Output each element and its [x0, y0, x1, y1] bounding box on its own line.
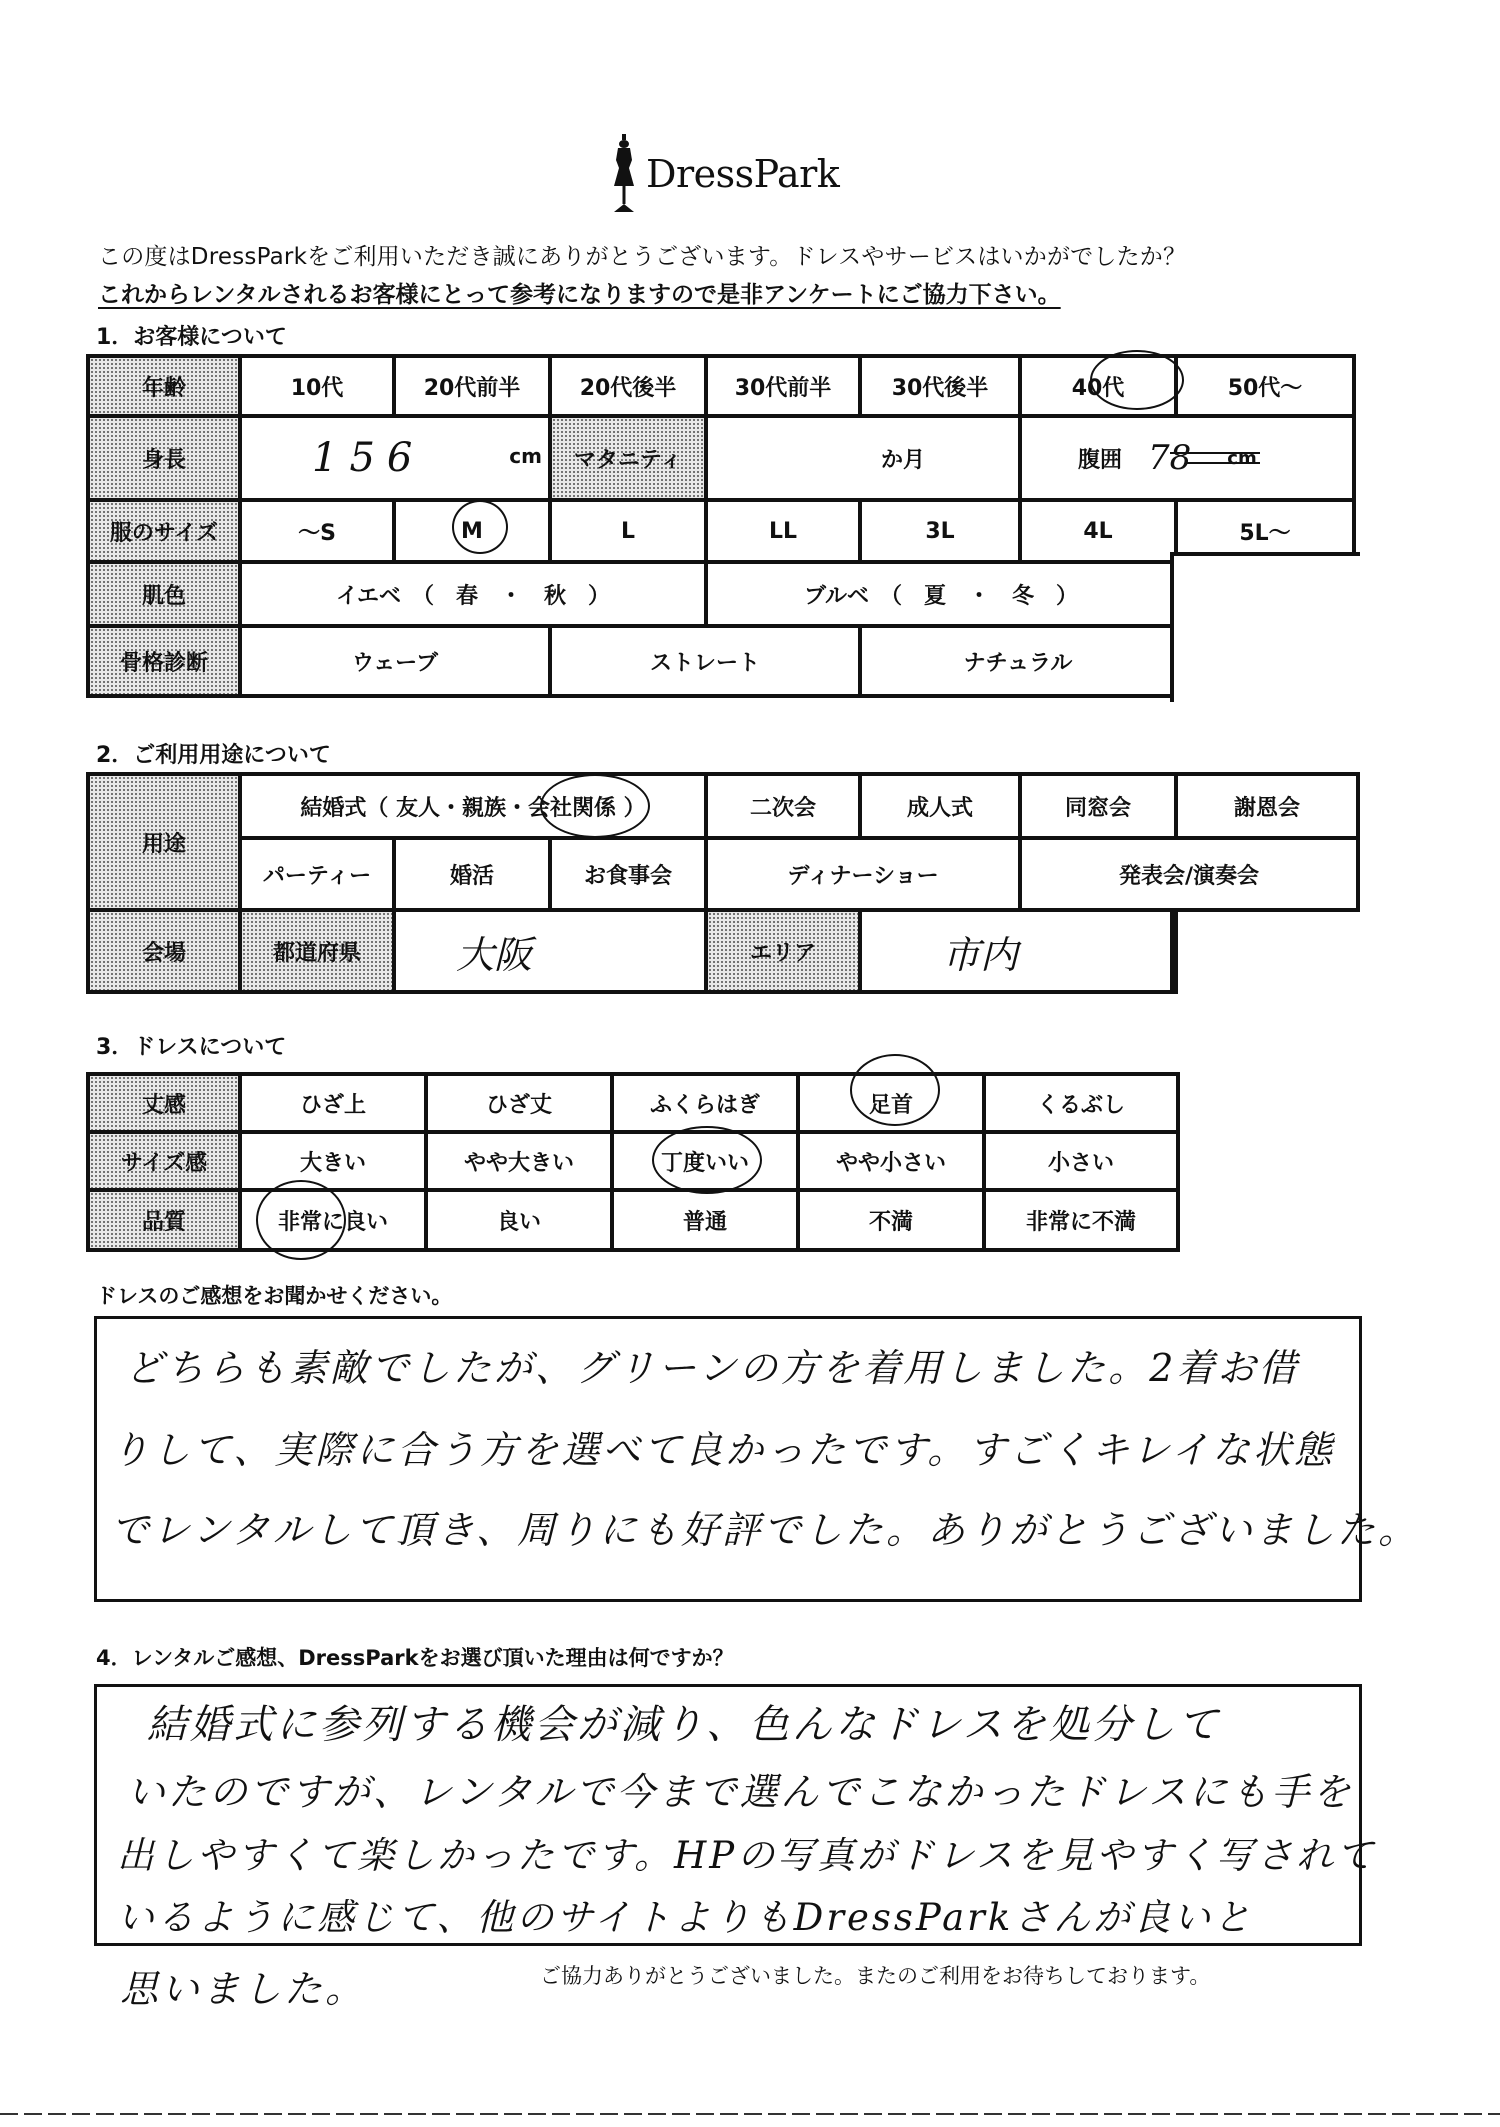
age-option-50s-plus[interactable]: 50代～	[1178, 358, 1352, 414]
waist-unit: cm	[1227, 448, 1256, 469]
maternity-label: マタニティ	[552, 418, 704, 498]
venue-label: 会場	[90, 912, 238, 990]
length-option-anklebone[interactable]: くるぶし	[986, 1076, 1176, 1130]
mannequin-icon	[610, 134, 638, 214]
usage-option-thank-you-party[interactable]: 謝恩会	[1178, 776, 1356, 836]
area-label: エリア	[708, 912, 858, 990]
waist-value: 78	[1148, 438, 1191, 478]
footer-thanks: ご協力ありがとうございました。またのご利用をお待ちしております。	[540, 1960, 1210, 1990]
quality-option-dissatisfied[interactable]: 不満	[800, 1192, 982, 1248]
length-option-ankle[interactable]: 足首	[800, 1076, 982, 1130]
frame-option-wave[interactable]: ウェーブ	[242, 628, 548, 694]
fit-option-large[interactable]: 大きい	[242, 1134, 424, 1188]
usage-option-dinner-show[interactable]: ディナーショー	[708, 840, 1018, 908]
fit-option-slightly-small[interactable]: やや小さい	[800, 1134, 982, 1188]
usage-option-after-party[interactable]: 二次会	[708, 776, 858, 836]
usage-option-party[interactable]: パーティー	[242, 840, 392, 908]
usage-option-recital[interactable]: 発表会/演奏会	[1022, 840, 1356, 908]
frame-option-straight[interactable]: ストレート	[552, 628, 858, 694]
intro-request: これからレンタルされるお客様にとって参考になりますので是非アンケートにご協力下さ…	[98, 276, 1061, 309]
size-label: 服のサイズ	[90, 502, 238, 560]
answer-line-2: いたのですが、レンタルで今まで選んでこなかったドレスにも手を	[127, 1761, 1353, 1816]
height-unit: cm	[509, 444, 542, 468]
table-edge-mask	[1174, 556, 1364, 702]
skin-tone-label: 肌色	[90, 564, 238, 624]
section2-title: 2．ご利用用途について	[96, 738, 331, 769]
comment-line-1: どちらも素敵でしたが、グリーンの方を着用しました。2着お借	[125, 1337, 1299, 1392]
quality-option-good[interactable]: 良い	[428, 1192, 610, 1248]
age-option-early30s[interactable]: 30代前半	[708, 358, 858, 414]
fit-label: サイズ感	[90, 1134, 238, 1188]
height-label: 身長	[90, 418, 238, 498]
size-option-3l[interactable]: 3L	[862, 502, 1018, 560]
usage-table: 用途 結婚式（ 友人・親族・会社関係 ） 二次会 成人式 同窓会 謝恩会 パーテ…	[86, 772, 1360, 994]
length-option-calf[interactable]: ふくらはぎ	[614, 1076, 796, 1130]
maternity-unit: か月	[881, 443, 925, 474]
table-step-border	[1170, 552, 1360, 556]
waist-field[interactable]: 腹囲 78 cm	[1022, 418, 1352, 498]
waist-strikethrough-2	[1186, 462, 1260, 464]
intro-text: この度はDressParkをご利用いただき誠にありがとうございます。ドレスやサー…	[98, 238, 1186, 271]
waist-label: 腹囲	[1078, 443, 1122, 474]
brand-name: DressPark	[646, 152, 839, 196]
size-option-m[interactable]: M	[396, 502, 548, 560]
age-label: 年齢	[90, 358, 238, 414]
comment-line-2: りして、実際に合う方を選べて良かったです。すごくキレイな状態	[111, 1419, 1335, 1474]
height-value: 156	[312, 435, 424, 481]
customer-info-table: 年齢 10代 20代前半 20代後半 30代前半 30代後半 40代 50代～ …	[86, 354, 1356, 698]
quality-option-excellent[interactable]: 非常に良い	[242, 1192, 424, 1248]
usage-option-konkatsu[interactable]: 婚活	[396, 840, 548, 908]
quality-option-very-dissatisfied[interactable]: 非常に不満	[986, 1192, 1176, 1248]
age-option-late30s[interactable]: 30代後半	[862, 358, 1018, 414]
dress-comment-box[interactable]: どちらも素敵でしたが、グリーンの方を着用しました。2着お借 りして、実際に合う方…	[94, 1316, 1362, 1602]
dress-comment-prompt: ドレスのご感想をお聞かせください。	[96, 1280, 452, 1310]
area-value: 市内	[942, 924, 1018, 979]
answer-line-3: 出しやすくて楽しかったです。HPの写真がドレスを見やすく写されて	[117, 1825, 1376, 1879]
usage-option-dinner[interactable]: お食事会	[552, 840, 704, 908]
prefecture-field[interactable]: 大阪	[396, 912, 704, 990]
quality-label: 品質	[90, 1192, 238, 1248]
quality-option-average[interactable]: 普通	[614, 1192, 796, 1248]
scan-artifact-line	[0, 2113, 1500, 2115]
usage-label: 用途	[90, 776, 238, 908]
usage-option-wedding[interactable]: 結婚式（ 友人・親族・会社関係 ）	[242, 776, 704, 836]
waist-strikethrough	[1170, 452, 1260, 454]
answer-line-5: 思いました。	[120, 1958, 366, 2013]
height-field[interactable]: 156 cm	[242, 418, 548, 498]
fit-option-small[interactable]: 小さい	[986, 1134, 1176, 1188]
age-option-early20s[interactable]: 20代前半	[396, 358, 548, 414]
size-option-l[interactable]: L	[552, 502, 704, 560]
dresspark-logo: DressPark	[606, 128, 866, 218]
skin-option-yellow-base[interactable]: イエベ （ 春 ・ 秋 ）	[242, 564, 704, 624]
section1-title: 1．お客様について	[96, 320, 287, 351]
frame-option-natural[interactable]: ナチュラル	[862, 628, 1174, 694]
prefecture-value: 大阪	[456, 924, 532, 979]
skin-option-blue-base[interactable]: ブルベ （ 夏 ・ 冬 ）	[708, 564, 1174, 624]
area-field[interactable]: 市内	[862, 912, 1174, 990]
size-option-4l[interactable]: 4L	[1022, 502, 1174, 560]
section4-title: 4．レンタルご感想、DressParkをお選び頂いた理由は何ですか？	[96, 1642, 734, 1672]
section3-title: 3．ドレスについて	[96, 1030, 286, 1061]
usage-option-coming-of-age[interactable]: 成人式	[862, 776, 1018, 836]
answer-line-1: 結婚式に参列する機会が減り、色んなドレスを処分して	[147, 1693, 1221, 1750]
fit-option-just-right[interactable]: 丁度いい	[614, 1134, 796, 1188]
age-option-10s[interactable]: 10代	[242, 358, 392, 414]
dress-table: 丈感 ひざ上 ひざ丈 ふくらはぎ 足首 くるぶし サイズ感 大きい やや大きい …	[86, 1072, 1180, 1252]
frame-type-label: 骨格診断	[90, 628, 238, 694]
usage-option-reunion[interactable]: 同窓会	[1022, 776, 1174, 836]
size-option-s[interactable]: ～S	[242, 502, 392, 560]
prefecture-label: 都道府県	[242, 912, 392, 990]
maternity-field[interactable]: か月	[708, 418, 1018, 498]
reason-answer-box[interactable]: 結婚式に参列する機会が減り、色んなドレスを処分して いたのですが、レンタルで今ま…	[94, 1684, 1362, 1946]
fit-option-slightly-large[interactable]: やや大きい	[428, 1134, 610, 1188]
age-option-40s[interactable]: 40代	[1022, 358, 1174, 414]
blank-corner-2	[1178, 912, 1364, 998]
length-option-knee[interactable]: ひざ丈	[428, 1076, 610, 1130]
table-right-border	[1170, 556, 1174, 702]
size-option-ll[interactable]: LL	[708, 502, 858, 560]
table-right-border-2	[1170, 908, 1174, 994]
age-option-late20s[interactable]: 20代後半	[552, 358, 704, 414]
length-label: 丈感	[90, 1076, 238, 1130]
answer-line-4: いるように感じて、他のサイトよりもDressParkさんが良いと	[117, 1887, 1253, 1941]
length-option-above-knee[interactable]: ひざ上	[242, 1076, 424, 1130]
comment-line-3: でレンタルして頂き、周りにも好評でした。ありがとうございました。	[111, 1499, 1419, 1554]
